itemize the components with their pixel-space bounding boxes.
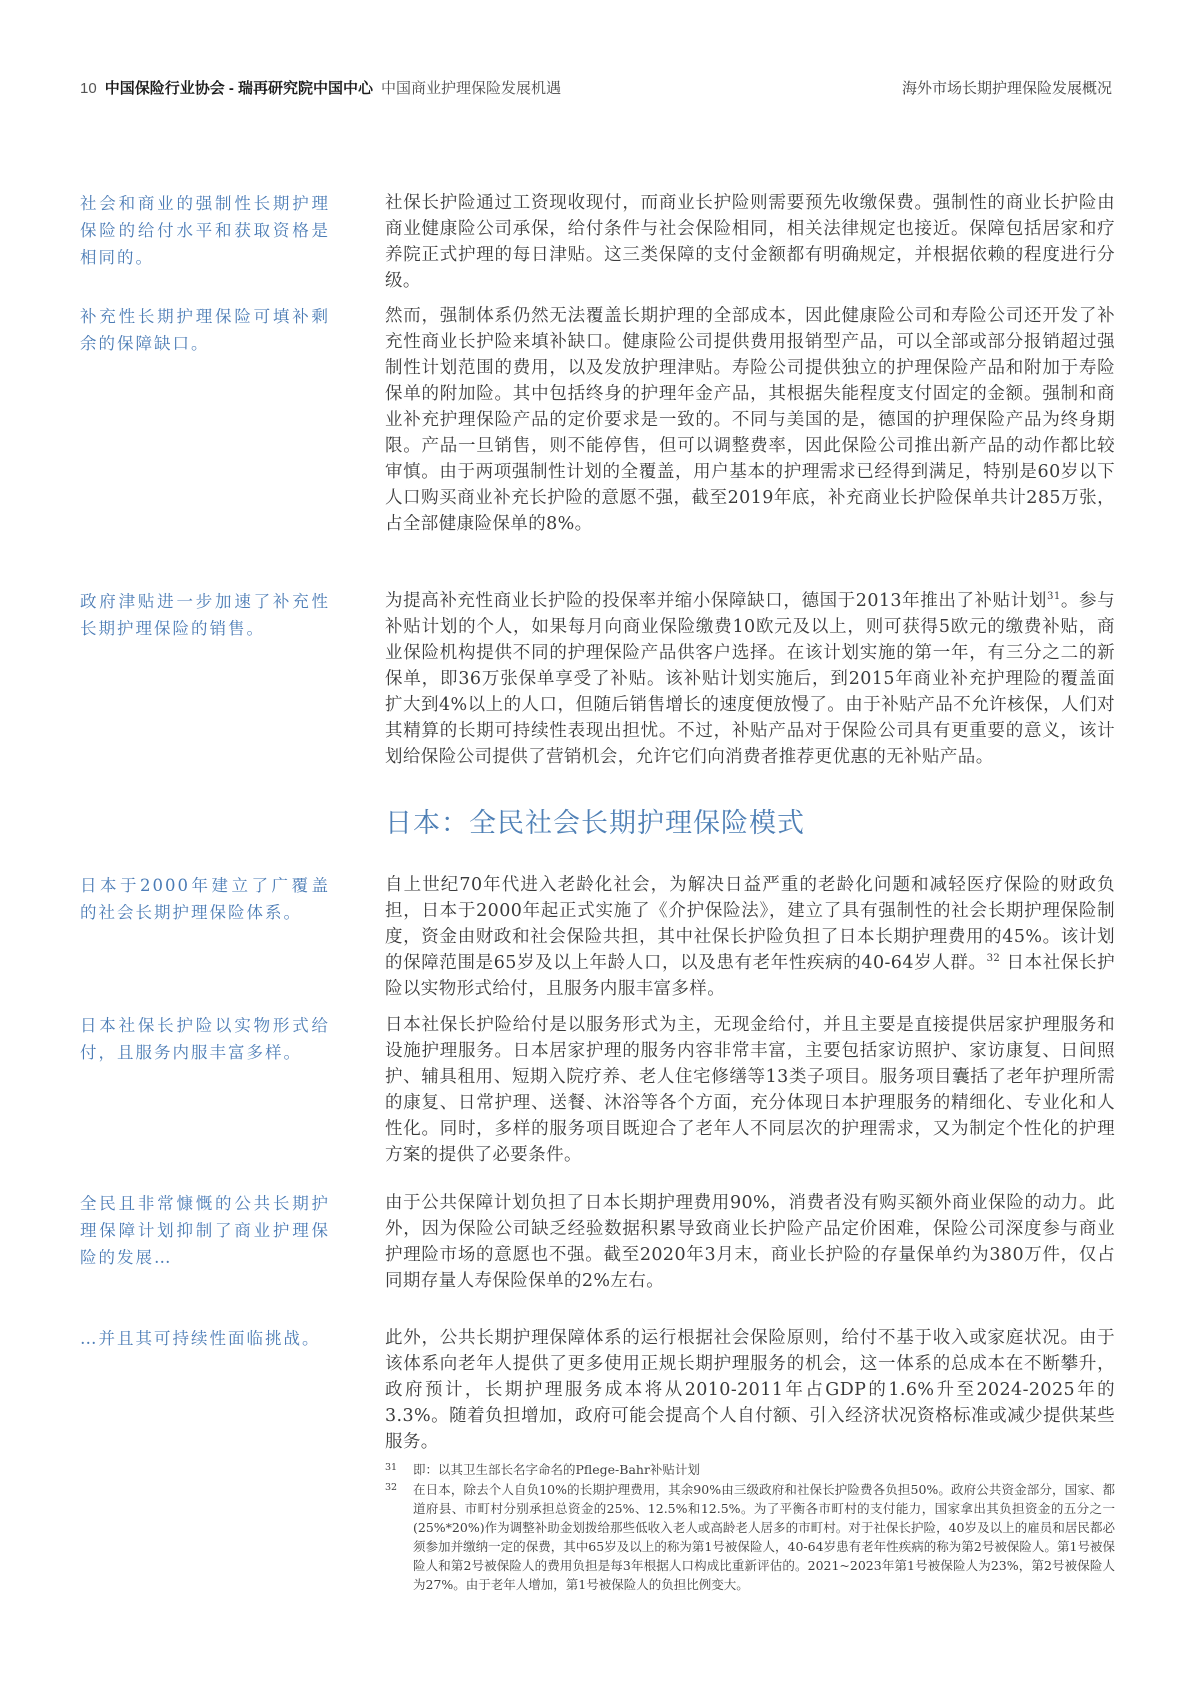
content-row: 日本社保长护险以实物形式给付，且服务内服丰富多样。 日本社保长护险给付是以服务形… xyxy=(80,1012,1115,1168)
page-number: 10 xyxy=(80,79,97,99)
page-header: 10 中国保险行业协会 - 瑞再研究院中国中心 中国商业护理保险发展机遇 海外市… xyxy=(80,78,1112,99)
margin-note: 社会和商业的强制性长期护理保险的给付水平和获取资格是相同的。 xyxy=(80,190,330,294)
body-paragraph: 此外，公共长期护理保障体系的运行根据社会保险原则，给付不基于收入或家庭状况。由于… xyxy=(385,1325,1115,1455)
body-paragraph: 日本社保长护险给付是以服务形式为主，无现金给付，并且主要是直接提供居家护理服务和… xyxy=(385,1012,1115,1168)
margin-note: …并且其可持续性面临挑战。 xyxy=(80,1325,330,1455)
section-heading-japan: 日本：全民社会长期护理保险模式 xyxy=(385,806,1115,842)
margin-note: 日本于2000年建立了广覆盖的社会长期护理保险体系。 xyxy=(80,872,330,1002)
footnote-marker: 31 xyxy=(385,1458,397,1477)
organization-name: 中国保险行业协会 - 瑞再研究院中国中心 xyxy=(105,79,373,99)
content-row: 政府津贴进一步加速了补充性长期护理保险的销售。 为提高补充性商业长护险的投保率并… xyxy=(80,588,1115,770)
report-page: 10 中国保险行业协会 - 瑞再研究院中国中心 中国商业护理保险发展机遇 海外市… xyxy=(0,0,1190,1683)
footnotes: 31 即：以其卫生部长名字命名的Pflege-Bahr补贴计划 32 在日本，除… xyxy=(385,1460,1115,1595)
content-row: 日本于2000年建立了广覆盖的社会长期护理保险体系。 自上世纪70年代进入老龄化… xyxy=(80,872,1115,1002)
footnote-32: 32 在日本，除去个人自负10%的长期护理费用，其余90%由三级政府和社保长护险… xyxy=(385,1480,1115,1594)
body-paragraph: 自上世纪70年代进入老龄化社会，为解决日益严重的老龄化问题和减轻医疗保险的财政负… xyxy=(385,872,1115,1002)
content-row: …并且其可持续性面临挑战。 此外，公共长期护理保障体系的运行根据社会保险原则，给… xyxy=(80,1325,1115,1455)
footnote-marker: 32 xyxy=(385,1478,397,1497)
content-row: 社会和商业的强制性长期护理保险的给付水平和获取资格是相同的。 社保长护险通过工资… xyxy=(80,190,1115,294)
content-row: 补充性长期护理保险可填补剩余的保障缺口。 然而，强制体系仍然无法覆盖长期护理的全… xyxy=(80,303,1115,537)
margin-note: 政府津贴进一步加速了补充性长期护理保险的销售。 xyxy=(80,588,330,770)
body-paragraph: 社保长护险通过工资现收现付，而商业长护险则需要预先收缴保费。强制性的商业长护险由… xyxy=(385,190,1115,294)
body-paragraph: 然而，强制体系仍然无法覆盖长期护理的全部成本，因此健康险公司和寿险公司还开发了补… xyxy=(385,303,1115,537)
running-section-title: 海外市场长期护理保险发展概况 xyxy=(902,78,1112,98)
margin-note: 全民且非常慷慨的公共长期护理保障计划抑制了商业护理保险的发展… xyxy=(80,1190,330,1294)
header-left: 10 中国保险行业协会 - 瑞再研究院中国中心 中国商业护理保险发展机遇 xyxy=(80,78,561,99)
footnote-text: 在日本，除去个人自负10%的长期护理费用，其余90%由三级政府和社保长护险费各负… xyxy=(413,1482,1115,1592)
footnote-31: 31 即：以其卫生部长名字命名的Pflege-Bahr补贴计划 xyxy=(385,1460,1115,1479)
margin-note: 补充性长期护理保险可填补剩余的保障缺口。 xyxy=(80,303,330,537)
content-row: 全民且非常慷慨的公共长期护理保障计划抑制了商业护理保险的发展… 由于公共保障计划… xyxy=(80,1190,1115,1294)
margin-note: 日本社保长护险以实物形式给付，且服务内服丰富多样。 xyxy=(80,1012,330,1168)
body-paragraph: 为提高补充性商业长护险的投保率并缩小保障缺口，德国于2013年推出了补贴计划31… xyxy=(385,588,1115,770)
document-title: 中国商业护理保险发展机遇 xyxy=(381,78,561,98)
body-paragraph: 由于公共保障计划负担了日本长期护理费用90%，消费者没有购买额外商业保险的动力。… xyxy=(385,1190,1115,1294)
footnote-text: 即：以其卫生部长名字命名的Pflege-Bahr补贴计划 xyxy=(413,1462,700,1477)
